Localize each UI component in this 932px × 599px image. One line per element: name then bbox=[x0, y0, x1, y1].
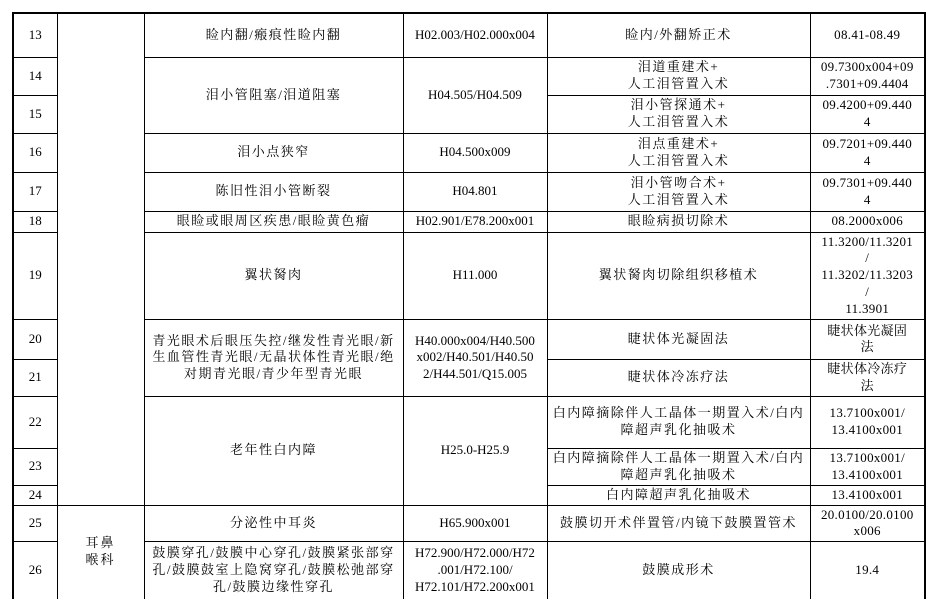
row-number-cell: 16 bbox=[13, 133, 57, 172]
table-row: 13睑内翻/瘢痕性睑内翻H02.003/H02.000x004睑内/外翻矫正术0… bbox=[13, 13, 925, 57]
table-row: 20青光眼术后眼压失控/继发性青光眼/新 生血管性青光眼/无晶状体性青光眼/绝 … bbox=[13, 319, 925, 359]
operation-code-cell: 11.3200/11.3201 / 11.3202/11.3203 / 11.3… bbox=[810, 232, 925, 319]
disease-cell: 分泌性中耳炎 bbox=[144, 505, 403, 542]
row-number-cell: 23 bbox=[13, 448, 57, 485]
surgery-cell: 泪小管吻合术+ 人工泪管置入术 bbox=[547, 172, 810, 211]
icd-code-cell: H04.505/H04.509 bbox=[403, 57, 547, 133]
surgery-cell: 泪道重建术+ 人工泪管置入术 bbox=[547, 57, 810, 95]
disease-cell: 翼状胬肉 bbox=[144, 232, 403, 319]
table-row: 16泪小点狭窄H04.500x009泪点重建术+ 人工泪管置入术09.7201+… bbox=[13, 133, 925, 172]
icd-code-cell: H04.500x009 bbox=[403, 133, 547, 172]
surgery-cell: 睑内/外翻矫正术 bbox=[547, 13, 810, 57]
table-row: 26鼓膜穿孔/鼓膜中心穿孔/鼓膜紧张部穿 孔/鼓膜鼓室上隐窝穿孔/鼓膜松弛部穿 … bbox=[13, 542, 925, 599]
disease-cell: 鼓膜穿孔/鼓膜中心穿孔/鼓膜紧张部穿 孔/鼓膜鼓室上隐窝穿孔/鼓膜松弛部穿 孔/… bbox=[144, 542, 403, 599]
operation-code-cell: 19.4 bbox=[810, 542, 925, 599]
surgery-cell: 翼状胬肉切除组织移植术 bbox=[547, 232, 810, 319]
icd-code-cell: H65.900x001 bbox=[403, 505, 547, 542]
disease-cell: 泪小点狭窄 bbox=[144, 133, 403, 172]
row-number-cell: 20 bbox=[13, 319, 57, 359]
table-row: 19翼状胬肉H11.000翼状胬肉切除组织移植术11.3200/11.3201 … bbox=[13, 232, 925, 319]
table-row: 25耳鼻 喉科分泌性中耳炎H65.900x001鼓膜切开术伴置管/内镜下鼓膜置管… bbox=[13, 505, 925, 542]
icd-code-cell: H02.003/H02.000x004 bbox=[403, 13, 547, 57]
surgery-cell: 泪点重建术+ 人工泪管置入术 bbox=[547, 133, 810, 172]
icd-code-cell: H11.000 bbox=[403, 232, 547, 319]
table-row: 17陈旧性泪小管断裂H04.801泪小管吻合术+ 人工泪管置入术09.7301+… bbox=[13, 172, 925, 211]
table-row: 18眼睑或眼周区疾患/眼睑黄色瘤H02.901/E78.200x001眼睑病损切… bbox=[13, 211, 925, 232]
row-number-cell: 25 bbox=[13, 505, 57, 542]
operation-code-cell: 09.4200+09.440 4 bbox=[810, 95, 925, 133]
department-cell: 耳鼻 喉科 bbox=[57, 505, 144, 599]
department-cell bbox=[57, 13, 144, 505]
operation-code-cell: 13.7100x001/ 13.4100x001 bbox=[810, 448, 925, 485]
disease-cell: 睑内翻/瘢痕性睑内翻 bbox=[144, 13, 403, 57]
operation-code-cell: 09.7300x004+09 .7301+09.4404 bbox=[810, 57, 925, 95]
operation-code-cell: 睫状体光凝固 法 bbox=[810, 319, 925, 359]
disease-cell: 陈旧性泪小管断裂 bbox=[144, 172, 403, 211]
row-number-cell: 22 bbox=[13, 396, 57, 448]
icd-code-cell: H02.901/E78.200x001 bbox=[403, 211, 547, 232]
row-number-cell: 13 bbox=[13, 13, 57, 57]
row-number-cell: 18 bbox=[13, 211, 57, 232]
row-number-cell: 24 bbox=[13, 485, 57, 505]
operation-code-cell: 睫状体冷冻疗 法 bbox=[810, 359, 925, 396]
surgery-cell: 眼睑病损切除术 bbox=[547, 211, 810, 232]
disease-cell: 眼睑或眼周区疾患/眼睑黄色瘤 bbox=[144, 211, 403, 232]
row-number-cell: 15 bbox=[13, 95, 57, 133]
surgery-cell: 白内障摘除伴人工晶体一期置入术/白内 障超声乳化抽吸术 bbox=[547, 448, 810, 485]
table-row: 22老年性白内障H25.0-H25.9白内障摘除伴人工晶体一期置入术/白内 障超… bbox=[13, 396, 925, 448]
surgery-cell: 睫状体光凝固法 bbox=[547, 319, 810, 359]
row-number-cell: 26 bbox=[13, 542, 57, 599]
operation-code-cell: 09.7201+09.440 4 bbox=[810, 133, 925, 172]
operation-code-cell: 08.2000x006 bbox=[810, 211, 925, 232]
operation-code-cell: 08.41-08.49 bbox=[810, 13, 925, 57]
operation-code-cell: 13.7100x001/ 13.4100x001 bbox=[810, 396, 925, 448]
operation-code-cell: 09.7301+09.440 4 bbox=[810, 172, 925, 211]
surgery-cell: 鼓膜切开术伴置管/内镜下鼓膜置管术 bbox=[547, 505, 810, 542]
document-page: 13睑内翻/瘢痕性睑内翻H02.003/H02.000x004睑内/外翻矫正术0… bbox=[0, 0, 932, 599]
row-number-cell: 21 bbox=[13, 359, 57, 396]
icd-code-cell: H04.801 bbox=[403, 172, 547, 211]
surgery-cell: 白内障摘除伴人工晶体一期置入术/白内 障超声乳化抽吸术 bbox=[547, 396, 810, 448]
surgery-cell: 白内障超声乳化抽吸术 bbox=[547, 485, 810, 505]
operation-code-cell: 20.0100/20.0100 x006 bbox=[810, 505, 925, 542]
operation-code-cell: 13.4100x001 bbox=[810, 485, 925, 505]
icd-code-cell: H25.0-H25.9 bbox=[403, 396, 547, 505]
row-number-cell: 17 bbox=[13, 172, 57, 211]
disease-cell: 泪小管阻塞/泪道阻塞 bbox=[144, 57, 403, 133]
disease-cell: 青光眼术后眼压失控/继发性青光眼/新 生血管性青光眼/无晶状体性青光眼/绝 对期… bbox=[144, 319, 403, 396]
surgery-cell: 鼓膜成形术 bbox=[547, 542, 810, 599]
surgery-cell: 泪小管探通术+ 人工泪管置入术 bbox=[547, 95, 810, 133]
row-number-cell: 19 bbox=[13, 232, 57, 319]
icd-code-cell: H72.900/H72.000/H72 .001/H72.100/ H72.10… bbox=[403, 542, 547, 599]
disease-cell: 老年性白内障 bbox=[144, 396, 403, 505]
table-row: 14泪小管阻塞/泪道阻塞H04.505/H04.509泪道重建术+ 人工泪管置入… bbox=[13, 57, 925, 95]
surgery-cell: 睫状体冷冻疗法 bbox=[547, 359, 810, 396]
icd-code-cell: H40.000x004/H40.500 x002/H40.501/H40.50 … bbox=[403, 319, 547, 396]
row-number-cell: 14 bbox=[13, 57, 57, 95]
procedure-table: 13睑内翻/瘢痕性睑内翻H02.003/H02.000x004睑内/外翻矫正术0… bbox=[12, 12, 926, 599]
table-body: 13睑内翻/瘢痕性睑内翻H02.003/H02.000x004睑内/外翻矫正术0… bbox=[13, 13, 925, 599]
